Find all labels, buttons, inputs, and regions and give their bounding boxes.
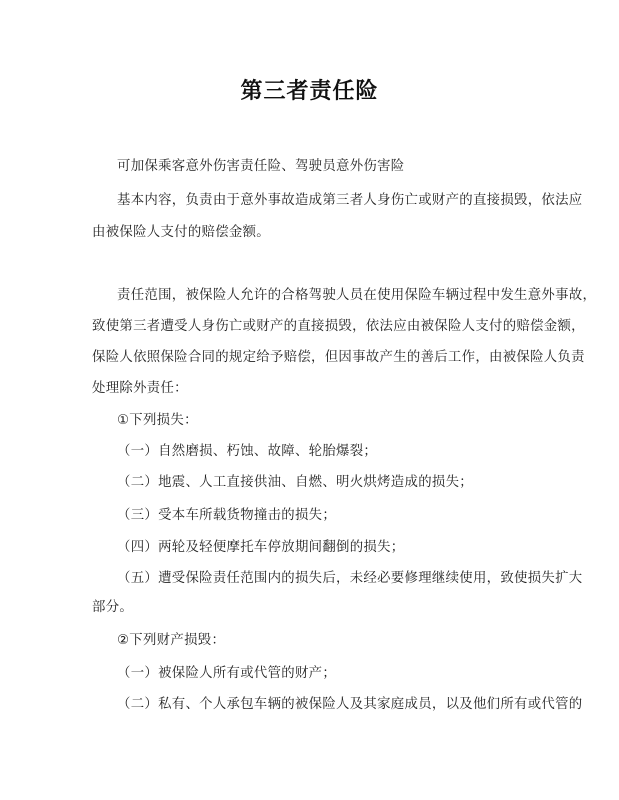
paragraph-basic-content-cont: 由被保险人支付的赔偿金额。 bbox=[92, 224, 270, 242]
paragraph-additional-coverage: 可加保乘客意外伤害责任险、驾驶员意外伤害险 bbox=[117, 158, 405, 176]
list-heading-losses: ①下列损失： bbox=[117, 412, 198, 430]
list-item-loss-2: （二）地震、人工直接供油、自燃、明火烘烤造成的损失； bbox=[117, 474, 473, 492]
list-item-loss-5-cont: 部分。 bbox=[92, 599, 133, 617]
paragraph-scope-cont-3: 处理除外责任： bbox=[92, 380, 188, 398]
list-item-property-2: （二）私有、个人承包车辆的被保险人及其家庭成员，以及他们所有或代管的 bbox=[117, 696, 582, 714]
list-heading-property: ②下列财产损毁： bbox=[117, 632, 225, 650]
paragraph-basic-content: 基本内容，负责由于意外事故造成第三者人身伤亡或财产的直接损毁，依法应 bbox=[117, 192, 582, 210]
paragraph-scope-cont-2: 保险人依照保险合同的规定给予赔偿，但因事故产生的善后工作，由被保险人负责 bbox=[92, 349, 585, 367]
list-item-loss-3: （三）受本车所载货物撞击的损失； bbox=[117, 507, 336, 525]
paragraph-scope-cont-1: 致使第三者遭受人身伤亡或财产的直接损毁，依法应由被保险人支付的赔偿金额， bbox=[92, 318, 585, 336]
list-item-loss-4: （四）两轮及轻便摩托车停放期间翻倒的损失； bbox=[117, 539, 405, 557]
list-item-property-1: （一）被保险人所有或代管的财产； bbox=[117, 665, 336, 683]
paragraph-scope: 责任范围，被保险人允许的合格驾驶人员在使用保险车辆过程中发生意外事故， bbox=[117, 287, 596, 305]
list-item-loss-1: （一）自然磨损、朽蚀、故障、轮胎爆裂； bbox=[117, 443, 377, 461]
list-item-loss-5: （五）遭受保险责任范围内的损失后，未经必要修理继续使用，致使损失扩大 bbox=[117, 570, 582, 588]
document-title: 第三者责任险 bbox=[0, 74, 619, 105]
